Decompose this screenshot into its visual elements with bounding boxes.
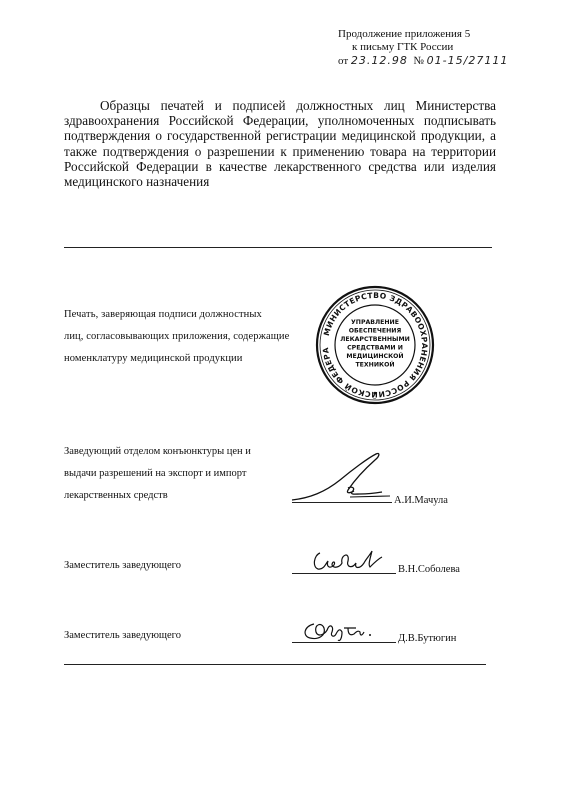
header-letter-line: к письму ГТК России bbox=[338, 41, 538, 54]
stamp-center-line: МЕДИЦИНСКОЙ bbox=[346, 351, 403, 360]
signatory-title-line: выдачи разрешений на экспорт и импорт bbox=[64, 463, 251, 485]
stamp-center-line: ОБЕСПЕЧЕНИЯ bbox=[349, 328, 402, 335]
signatory-title-line: Заместитель заведующего bbox=[64, 555, 181, 577]
stamp-caption: Печать, заверяющая подписи должностных л… bbox=[64, 304, 324, 370]
handwritten-number: 01-15/27111 bbox=[427, 54, 509, 67]
stamp-caption-line: номенклатуру медицинской продукции bbox=[64, 348, 324, 370]
signature-butyugin-icon bbox=[300, 618, 380, 644]
stamp-caption-line: лиц, согласовывающих приложения, содержа… bbox=[64, 326, 324, 348]
signature-soboleva-icon bbox=[310, 547, 390, 575]
stamp-center-line: УПРАВЛЕНИЕ bbox=[351, 319, 399, 326]
handwritten-date: 23.12.98 bbox=[351, 54, 408, 67]
signatory-name-3: Д.В.Бутюгин bbox=[398, 633, 456, 644]
signatory-name-2: В.Н.Соболева bbox=[398, 564, 460, 575]
signatory-title-line: Заместитель заведующего bbox=[64, 625, 181, 647]
signatory-title-3: Заместитель заведующего bbox=[64, 625, 181, 647]
separator-line-bottom bbox=[64, 664, 486, 665]
stamp-center-line: СРЕДСТВАМИ И bbox=[347, 345, 403, 352]
separator-line-top bbox=[64, 247, 492, 248]
header-from-label: от bbox=[338, 55, 348, 67]
stamp-dot-icon bbox=[374, 392, 377, 395]
signatory-title-line: Заведующий отделом конъюнктуры цен и bbox=[64, 441, 251, 463]
signatory-name-1: А.И.Мачула bbox=[394, 495, 448, 506]
signatory-title-2: Заместитель заведующего bbox=[64, 555, 181, 577]
signatory-title-1: Заведующий отделом конъюнктуры цен и выд… bbox=[64, 441, 251, 507]
signatory-title-line: лекарственных средств bbox=[64, 485, 251, 507]
official-stamp: МИНИСТЕРСТВО ЗДРАВООХРАНЕНИЯ РОССИЙСКОЙ … bbox=[314, 284, 436, 406]
number-sign: № bbox=[413, 55, 424, 67]
header-date-number-line: от 23.12.98 № 01-15/27111 bbox=[338, 54, 538, 68]
stamp-caption-line: Печать, заверяющая подписи должностных bbox=[64, 304, 324, 326]
header-appendix-line: Продолжение приложения 5 bbox=[338, 28, 538, 41]
document-title: Образцы печатей и подписей должностных л… bbox=[64, 98, 496, 189]
stamp-center-line: ТЕХНИКОЙ bbox=[355, 360, 394, 369]
document-header: Продолжение приложения 5 к письму ГТК Ро… bbox=[338, 28, 538, 68]
stamp-center-line: ЛЕКАРСТВЕННЫМИ bbox=[340, 336, 410, 343]
